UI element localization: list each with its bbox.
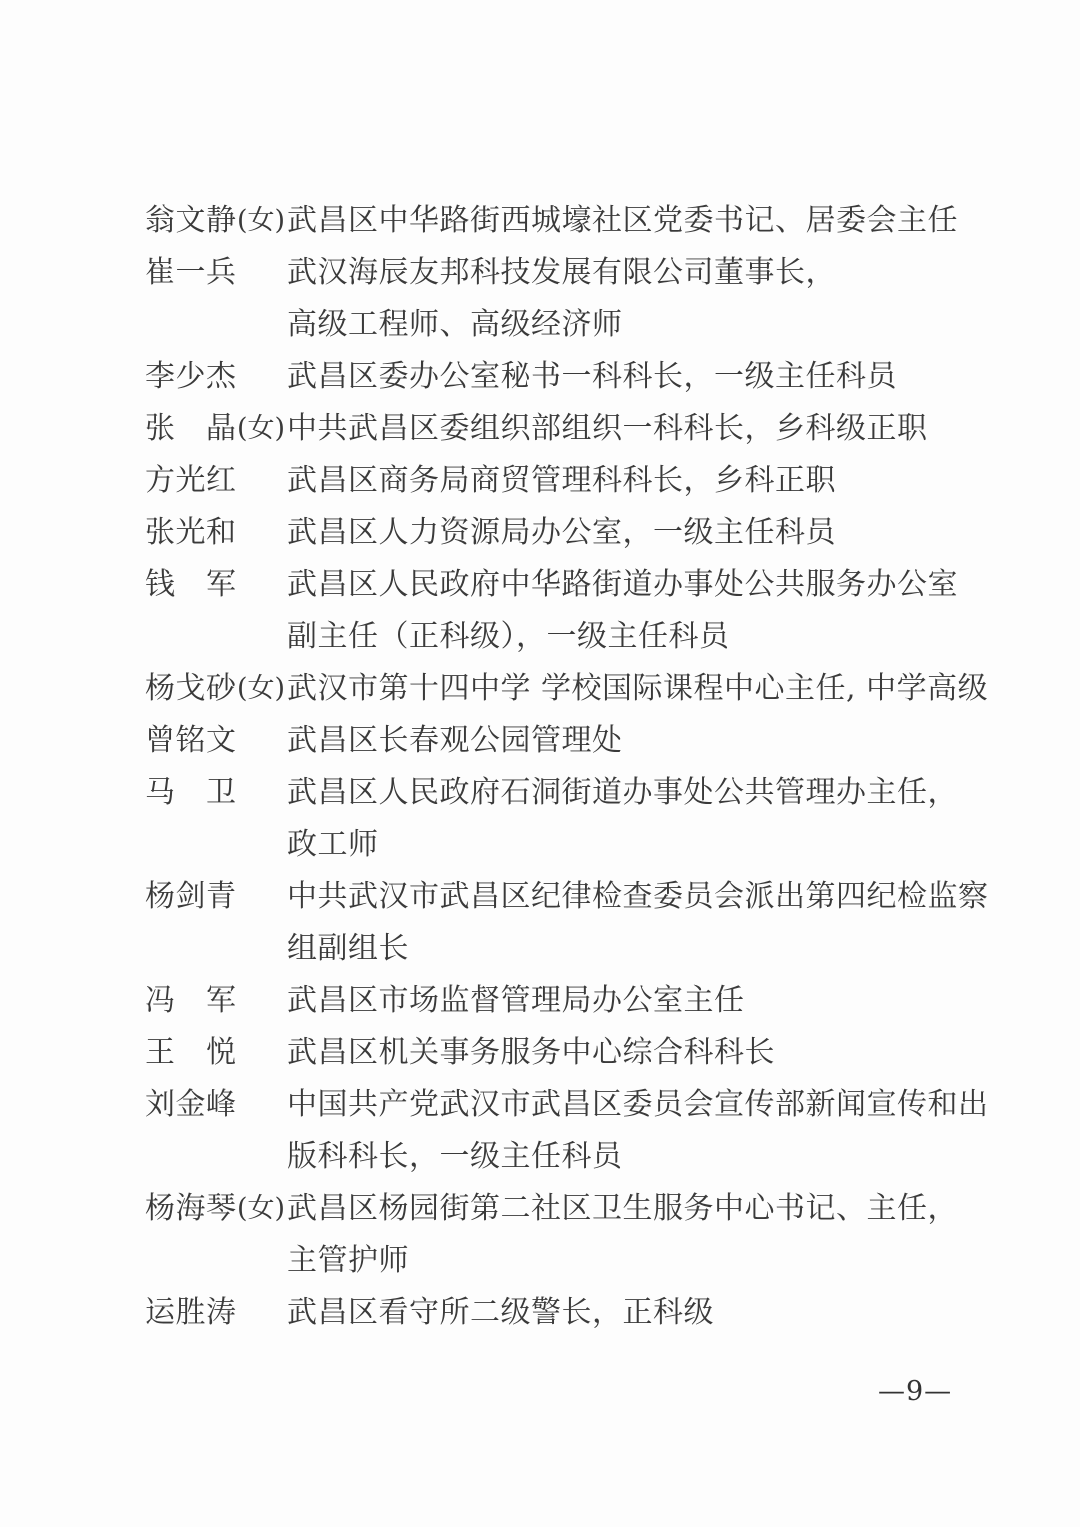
person-name: 杨海琴 xyxy=(145,1183,237,1235)
person-title: 武昌区机关事务服务中心综合科科长 xyxy=(287,1027,963,1079)
person-name: 马 卫 xyxy=(145,767,237,819)
person-title: 中共武昌区委组织部组织一科科长，乡科级正职 xyxy=(287,403,963,455)
person-title: 武昌区长春观公园管理处 xyxy=(287,715,963,767)
person-title: 武昌区人民政府石洞街道办事处公共管理办主任， 政工师 xyxy=(287,767,963,871)
person-name: 崔一兵 xyxy=(145,247,237,299)
person-title: 武昌区看守所二级警长，正科级 xyxy=(287,1287,963,1339)
person-name: 刘金峰 xyxy=(145,1079,237,1131)
title-line: 武昌区杨园街第二社区卫生服务中心书记、主任， xyxy=(287,1183,963,1235)
title-line: 武昌区机关事务服务中心综合科科长 xyxy=(287,1027,963,1079)
person-title: 武昌区委办公室秘书一科科长，一级主任科员 xyxy=(287,351,963,403)
person-title: 武昌区人民政府中华路街道办事处公共服务办公室 副主任（正科级），一级主任科员 xyxy=(287,559,963,663)
list-entry: 运胜涛 武昌区看守所二级警长，正科级 xyxy=(145,1287,963,1339)
gender-note: (女) xyxy=(237,195,287,247)
title-line: 副主任（正科级），一级主任科员 xyxy=(287,611,963,663)
list-entry: 李少杰 武昌区委办公室秘书一科科长，一级主任科员 xyxy=(145,351,963,403)
person-title: 武昌区商务局商贸管理科科长，乡科正职 xyxy=(287,455,963,507)
title-line: 武昌区长春观公园管理处 xyxy=(287,715,963,767)
person-name: 钱 军 xyxy=(145,559,237,611)
title-line: 武汉市第十四中学 学校国际课程中心主任, 中学高级 xyxy=(287,663,988,715)
person-name: 张光和 xyxy=(145,507,237,559)
gender-note: (女) xyxy=(237,663,287,715)
list-entry: 冯 军 武昌区市场监督管理局办公室主任 xyxy=(145,975,963,1027)
person-title: 中国共产党武汉市武昌区委员会宣传部新闻宣传和出 版科科长，一级主任科员 xyxy=(287,1079,989,1183)
title-line: 中共武昌区委组织部组织一科科长，乡科级正职 xyxy=(287,403,963,455)
list-entry: 杨戈砂 (女) 武汉市第十四中学 学校国际课程中心主任, 中学高级 xyxy=(145,663,963,715)
title-line: 武昌区人民政府中华路街道办事处公共服务办公室 xyxy=(287,559,963,611)
person-name: 翁文静 xyxy=(145,195,237,247)
title-line: 组副组长 xyxy=(287,923,989,975)
person-name: 杨剑青 xyxy=(145,871,237,923)
person-title: 武昌区杨园街第二社区卫生服务中心书记、主任， 主管护师 xyxy=(287,1183,963,1287)
list-entry: 张光和 武昌区人力资源局办公室，一级主任科员 xyxy=(145,507,963,559)
title-line: 中国共产党武汉市武昌区委员会宣传部新闻宣传和出 xyxy=(287,1079,989,1131)
title-line: 武昌区看守所二级警长，正科级 xyxy=(287,1287,963,1339)
person-title: 武汉海辰友邦科技发展有限公司董事长， 高级工程师、高级经济师 xyxy=(287,247,963,351)
title-line: 武昌区委办公室秘书一科科长，一级主任科员 xyxy=(287,351,963,403)
title-line: 武昌区市场监督管理局办公室主任 xyxy=(287,975,963,1027)
list-entry: 方光红 武昌区商务局商贸管理科科长，乡科正职 xyxy=(145,455,963,507)
list-entry: 刘金峰 中国共产党武汉市武昌区委员会宣传部新闻宣传和出 版科科长，一级主任科员 xyxy=(145,1079,963,1183)
list-entry: 曾铭文 武昌区长春观公园管理处 xyxy=(145,715,963,767)
list-entry: 张 晶 (女) 中共武昌区委组织部组织一科科长，乡科级正职 xyxy=(145,403,963,455)
title-line: 高级工程师、高级经济师 xyxy=(287,299,963,351)
title-line: 武昌区人民政府石洞街道办事处公共管理办主任， xyxy=(287,767,963,819)
person-name: 杨戈砂 xyxy=(145,663,237,715)
person-name: 王 悦 xyxy=(145,1027,237,1079)
person-title: 武汉市第十四中学 学校国际课程中心主任, 中学高级 xyxy=(287,663,988,715)
list-entry: 杨海琴 (女) 武昌区杨园街第二社区卫生服务中心书记、主任， 主管护师 xyxy=(145,1183,963,1287)
person-name: 运胜涛 xyxy=(145,1287,237,1339)
person-name: 方光红 xyxy=(145,455,237,507)
person-title: 武昌区中华路街西城壕社区党委书记、居委会主任 xyxy=(287,195,963,247)
title-line: 武昌区商务局商贸管理科科长，乡科正职 xyxy=(287,455,963,507)
person-name: 曾铭文 xyxy=(145,715,237,767)
document-page: 翁文静 (女) 武昌区中华路街西城壕社区党委书记、居委会主任 崔一兵 武汉海辰友… xyxy=(0,0,1080,1527)
list-entry: 崔一兵 武汉海辰友邦科技发展有限公司董事长， 高级工程师、高级经济师 xyxy=(145,247,963,351)
title-line: 主管护师 xyxy=(287,1235,963,1287)
list-entry: 杨剑青 中共武汉市武昌区纪律检查委员会派出第四纪检监察 组副组长 xyxy=(145,871,963,975)
title-line: 版科科长，一级主任科员 xyxy=(287,1131,989,1183)
page-number: —9— xyxy=(878,1376,952,1407)
gender-note: (女) xyxy=(237,1183,287,1235)
title-line: 武昌区中华路街西城壕社区党委书记、居委会主任 xyxy=(287,195,963,247)
awardee-list: 翁文静 (女) 武昌区中华路街西城壕社区党委书记、居委会主任 崔一兵 武汉海辰友… xyxy=(145,195,963,1339)
person-name: 张 晶 xyxy=(145,403,237,455)
person-name: 李少杰 xyxy=(145,351,237,403)
person-title: 武昌区市场监督管理局办公室主任 xyxy=(287,975,963,1027)
gender-note: (女) xyxy=(237,403,287,455)
person-name: 冯 军 xyxy=(145,975,237,1027)
title-line: 政工师 xyxy=(287,819,963,871)
list-entry: 马 卫 武昌区人民政府石洞街道办事处公共管理办主任， 政工师 xyxy=(145,767,963,871)
person-title: 中共武汉市武昌区纪律检查委员会派出第四纪检监察 组副组长 xyxy=(287,871,989,975)
title-line: 武汉海辰友邦科技发展有限公司董事长， xyxy=(287,247,963,299)
list-entry: 钱 军 武昌区人民政府中华路街道办事处公共服务办公室 副主任（正科级），一级主任… xyxy=(145,559,963,663)
person-title: 武昌区人力资源局办公室，一级主任科员 xyxy=(287,507,963,559)
list-entry: 翁文静 (女) 武昌区中华路街西城壕社区党委书记、居委会主任 xyxy=(145,195,963,247)
title-line: 中共武汉市武昌区纪律检查委员会派出第四纪检监察 xyxy=(287,871,989,923)
title-line: 武昌区人力资源局办公室，一级主任科员 xyxy=(287,507,963,559)
list-entry: 王 悦 武昌区机关事务服务中心综合科科长 xyxy=(145,1027,963,1079)
